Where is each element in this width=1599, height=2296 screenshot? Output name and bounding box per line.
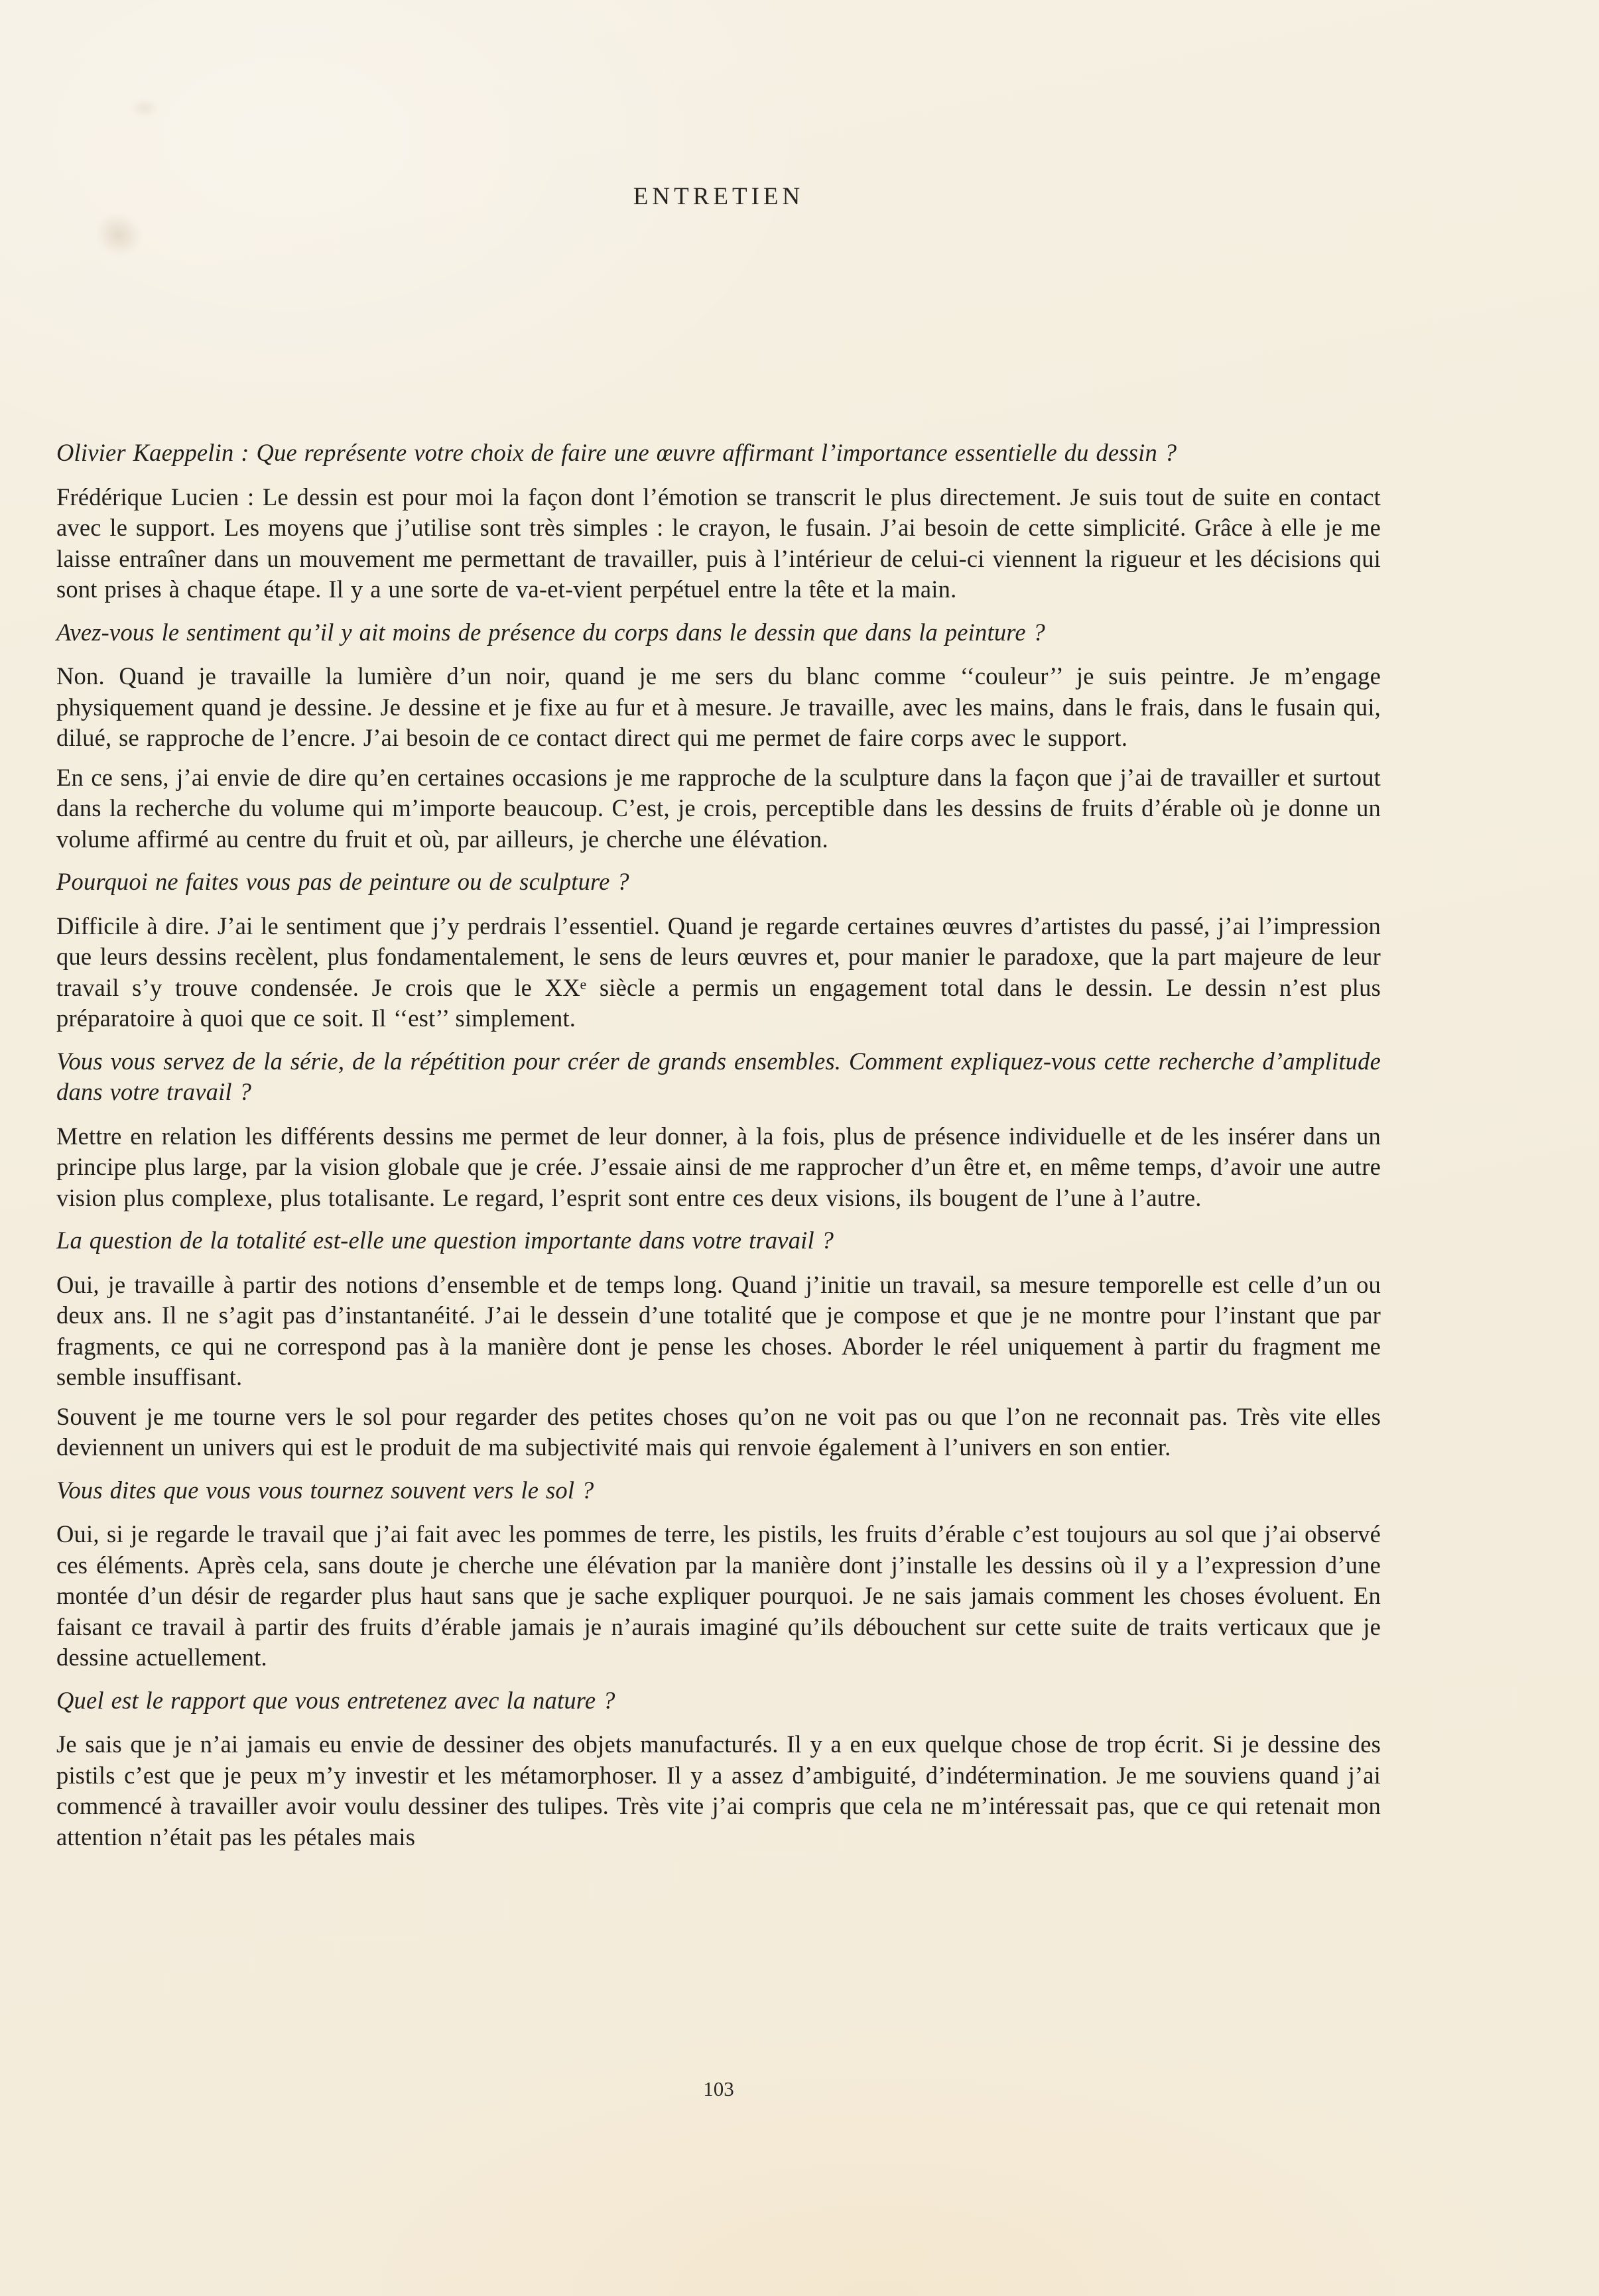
- interview-answer-paragraph: Mettre en relation les différents dessin…: [56, 1121, 1381, 1214]
- paper-stain: [87, 204, 150, 265]
- interview-answer-paragraph: Je sais que je n’ai jamais eu envie de d…: [56, 1729, 1381, 1852]
- page-title: ENTRETIEN: [56, 182, 1381, 211]
- interview-answer-paragraph: Non. Quand je travaille la lumière d’un …: [56, 661, 1381, 754]
- interview-answer-paragraph: Oui, je travaille à partir des notions d…: [56, 1270, 1381, 1393]
- interview-answer-paragraph: Frédérique Lucien : Le dessin est pour m…: [56, 482, 1381, 605]
- interview-question: La question de la totalité est-elle une …: [56, 1225, 1381, 1256]
- interview-text-block: Olivier Kaeppelin : Que représente votre…: [56, 438, 1381, 1861]
- interview-question: Olivier Kaeppelin : Que représente votre…: [56, 438, 1381, 469]
- interview-answer-paragraph: Souvent je me tourne vers le sol pour re…: [56, 1402, 1381, 1463]
- interview-question: Vous dites que vous vous tournez souvent…: [56, 1475, 1381, 1506]
- interview-question: Pourquoi ne faites vous pas de peinture …: [56, 867, 1381, 898]
- page-number: 103: [56, 2077, 1381, 2101]
- interview-answer-paragraph: En ce sens, j’ai envie de dire qu’en cer…: [56, 762, 1381, 855]
- interview-answer-paragraph: Oui, si je regarde le travail que j’ai f…: [56, 1519, 1381, 1673]
- interview-answer-paragraph: Difficile à dire. J’ai le sentiment que …: [56, 911, 1381, 1034]
- interview-question: Avez-vous le sentiment qu’il y ait moins…: [56, 617, 1381, 648]
- scanned-book-page: ENTRETIEN Olivier Kaeppelin : Que représ…: [0, 0, 1599, 2296]
- interview-question: Vous vous servez de la série, de la répé…: [56, 1046, 1381, 1108]
- interview-question: Quel est le rapport que vous entretenez …: [56, 1685, 1381, 1717]
- paper-stain: [130, 98, 159, 118]
